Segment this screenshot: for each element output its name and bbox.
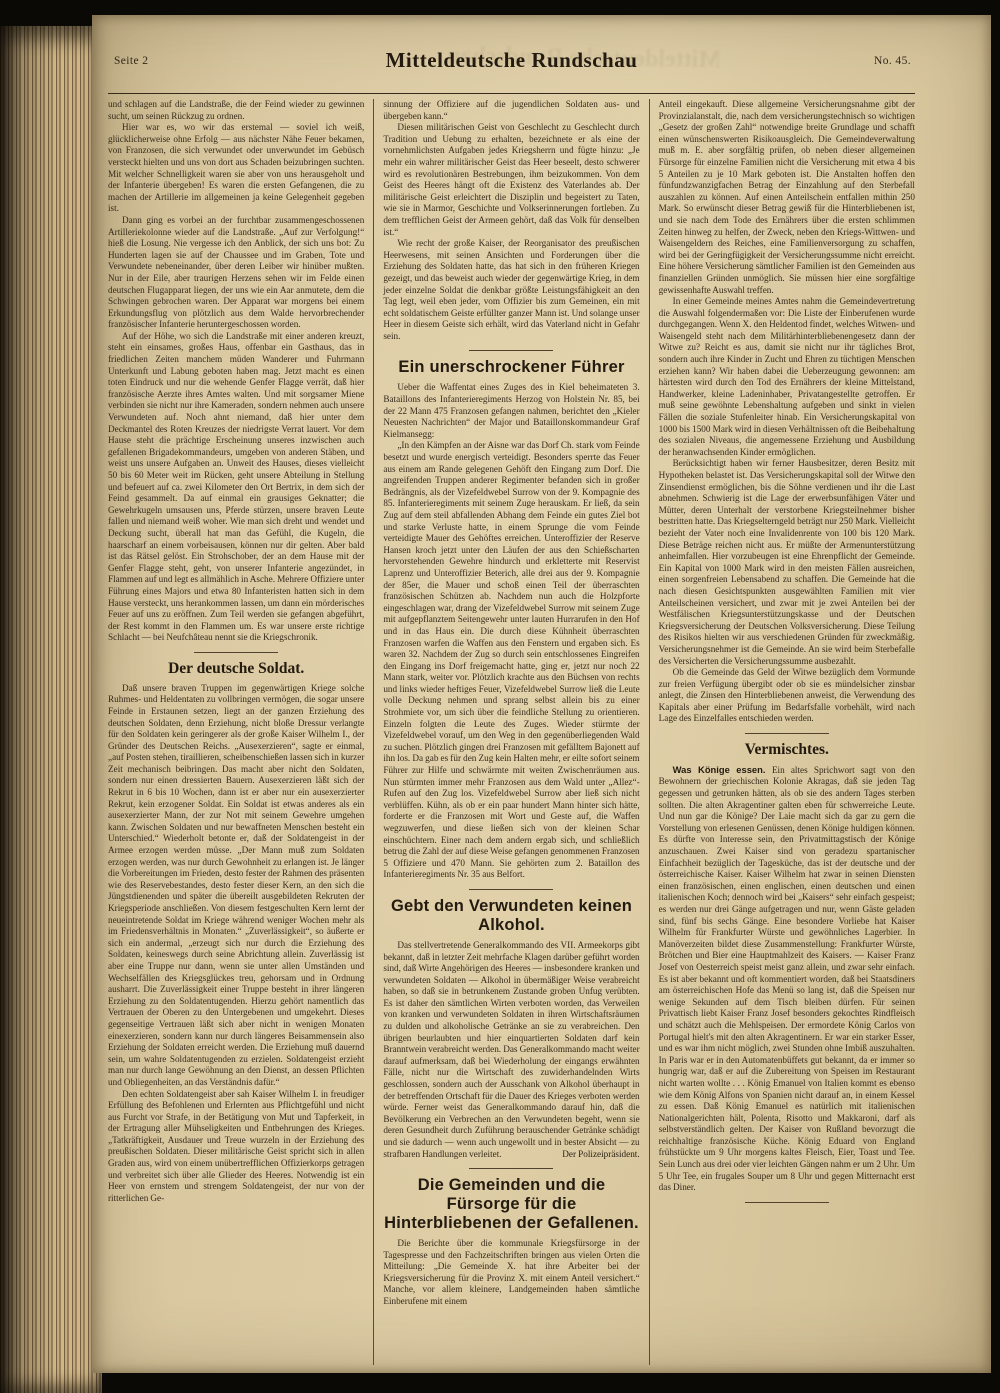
column-container: und schlagen auf die Landstraße, die der… bbox=[108, 99, 915, 1365]
article-separator-rule bbox=[194, 652, 278, 653]
article-separator-rule bbox=[745, 1202, 829, 1203]
article-paragraph: Ob die Gemeinde das Geld der Witwe bezüg… bbox=[659, 667, 915, 725]
page-header: Seite 2 Mitteldeutsche Rundschau No. 45. bbox=[92, 15, 991, 79]
article-paragraph: Berücksichtigt haben wir ferner Hausbesi… bbox=[659, 458, 915, 667]
article-separator-rule bbox=[469, 350, 553, 351]
article-paragraph: Die Berichte über die kommunale Kriegsfü… bbox=[383, 1238, 639, 1308]
article-paragraph: Den echten Soldatengeist aber sah Kaiser… bbox=[108, 1089, 364, 1205]
newspaper-column-1: und schlagen auf die Landstraße, die der… bbox=[108, 99, 373, 1365]
article-paragraph: sinnung der Offiziere auf die jugendlich… bbox=[383, 99, 639, 122]
article-signature: Der Polizeipräsident. bbox=[548, 1149, 639, 1161]
scanned-newspaper-screenshot: { "header": { "page_label": "Seite 2", "… bbox=[0, 0, 1000, 1393]
article-paragraph: und schlagen auf die Landstraße, die der… bbox=[108, 99, 364, 122]
article-paragraph: Ueber die Waffentat eines Zuges des in K… bbox=[383, 382, 639, 440]
article-paragraph: Daß unsere braven Truppen im gegenwärtig… bbox=[108, 683, 364, 1089]
article-paragraph: Was Könige essen. Ein altes Sprichwort s… bbox=[659, 764, 915, 1194]
article-headline: Gebt den Verwundeten keinen Alkohol. bbox=[383, 897, 639, 935]
article-separator-rule bbox=[469, 1168, 553, 1169]
article-paragraph: Wie recht der große Kaiser, der Reorgani… bbox=[383, 238, 639, 342]
article-paragraph: Anteil eingekauft. Diese allgemeine Vers… bbox=[659, 99, 915, 296]
article-paragraph: Das stellvertretende Generalkommando des… bbox=[383, 940, 639, 1160]
article-paragraph: Hier war es, wo wir das erstemal — sovie… bbox=[108, 122, 364, 215]
newspaper-column-2: sinnung der Offiziere auf die jugendlich… bbox=[373, 99, 648, 1365]
newspaper-page: Mitteldeutsche Rundschau Seite 2 Mitteld… bbox=[92, 15, 991, 1373]
article-headline: Der deutsche Soldat. bbox=[108, 660, 364, 678]
article-headline: Ein unerschrockener Führer bbox=[383, 358, 639, 377]
article-paragraph: In einer Gemeinde meines Amtes nahm die … bbox=[659, 296, 915, 458]
article-headline: Vermischtes. bbox=[659, 741, 915, 759]
newspaper-column-3: Anteil eingekauft. Diese allgemeine Vers… bbox=[649, 99, 915, 1365]
article-separator-rule bbox=[469, 889, 553, 890]
issue-number-label: No. 45. bbox=[874, 55, 911, 67]
header-divider-rule bbox=[108, 93, 915, 94]
article-paragraph: „In den Kämpfen an der Aisne war das Dor… bbox=[383, 440, 639, 881]
article-paragraph: Dann ging es vorbei an der furchtbar zus… bbox=[108, 215, 364, 331]
newspaper-title: Mitteldeutsche Rundschau bbox=[92, 48, 931, 73]
book-binding-page-edges bbox=[0, 26, 102, 1393]
paragraph-bold-lead: Was Könige essen. bbox=[673, 764, 772, 775]
article-paragraph: Diesen militärischen Geist von Geschlech… bbox=[383, 122, 639, 238]
article-paragraph: Auf der Höhe, wo sich die Landstraße mit… bbox=[108, 331, 364, 644]
article-headline: Die Gemeinden und die Fürsorge für die H… bbox=[383, 1176, 639, 1233]
article-separator-rule bbox=[745, 733, 829, 734]
